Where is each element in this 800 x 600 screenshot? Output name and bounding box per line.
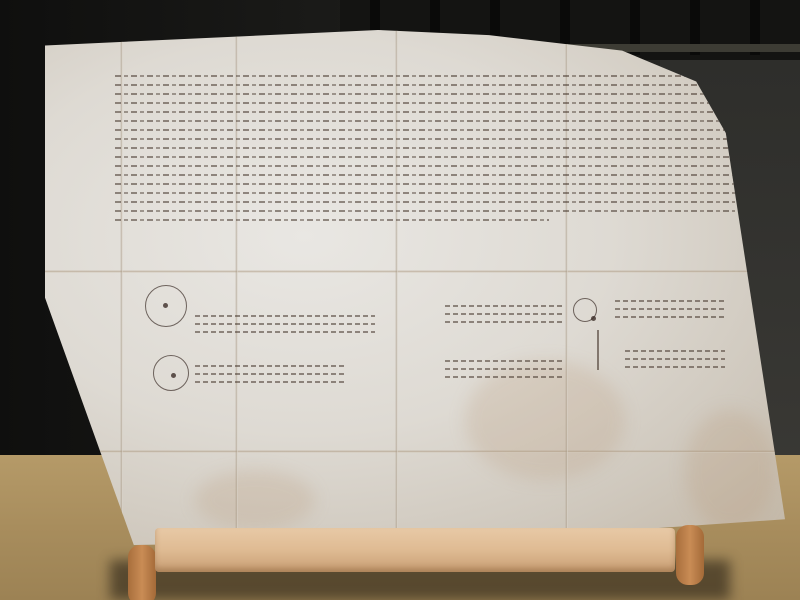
rota-signum-icon — [145, 285, 187, 327]
witness-subscription — [195, 315, 375, 339]
cross-signum-icon — [597, 330, 599, 370]
parchment-charter — [45, 30, 785, 545]
stand-foot-left — [128, 545, 156, 600]
charter-text-block — [115, 75, 735, 275]
stand-foot-right — [676, 525, 704, 585]
witness-subscription — [445, 305, 565, 329]
photo-scene: Photograph of a large medieval parchment… — [0, 0, 800, 600]
witness-subscription — [445, 360, 565, 384]
rota-signum-icon — [153, 355, 189, 391]
witness-subscription — [625, 350, 725, 374]
witness-subscription — [195, 365, 345, 389]
rota-signum-icon — [573, 298, 597, 322]
wooden-display-stand — [155, 528, 675, 572]
witness-subscription — [615, 300, 725, 324]
horizontal-fold — [45, 450, 785, 453]
